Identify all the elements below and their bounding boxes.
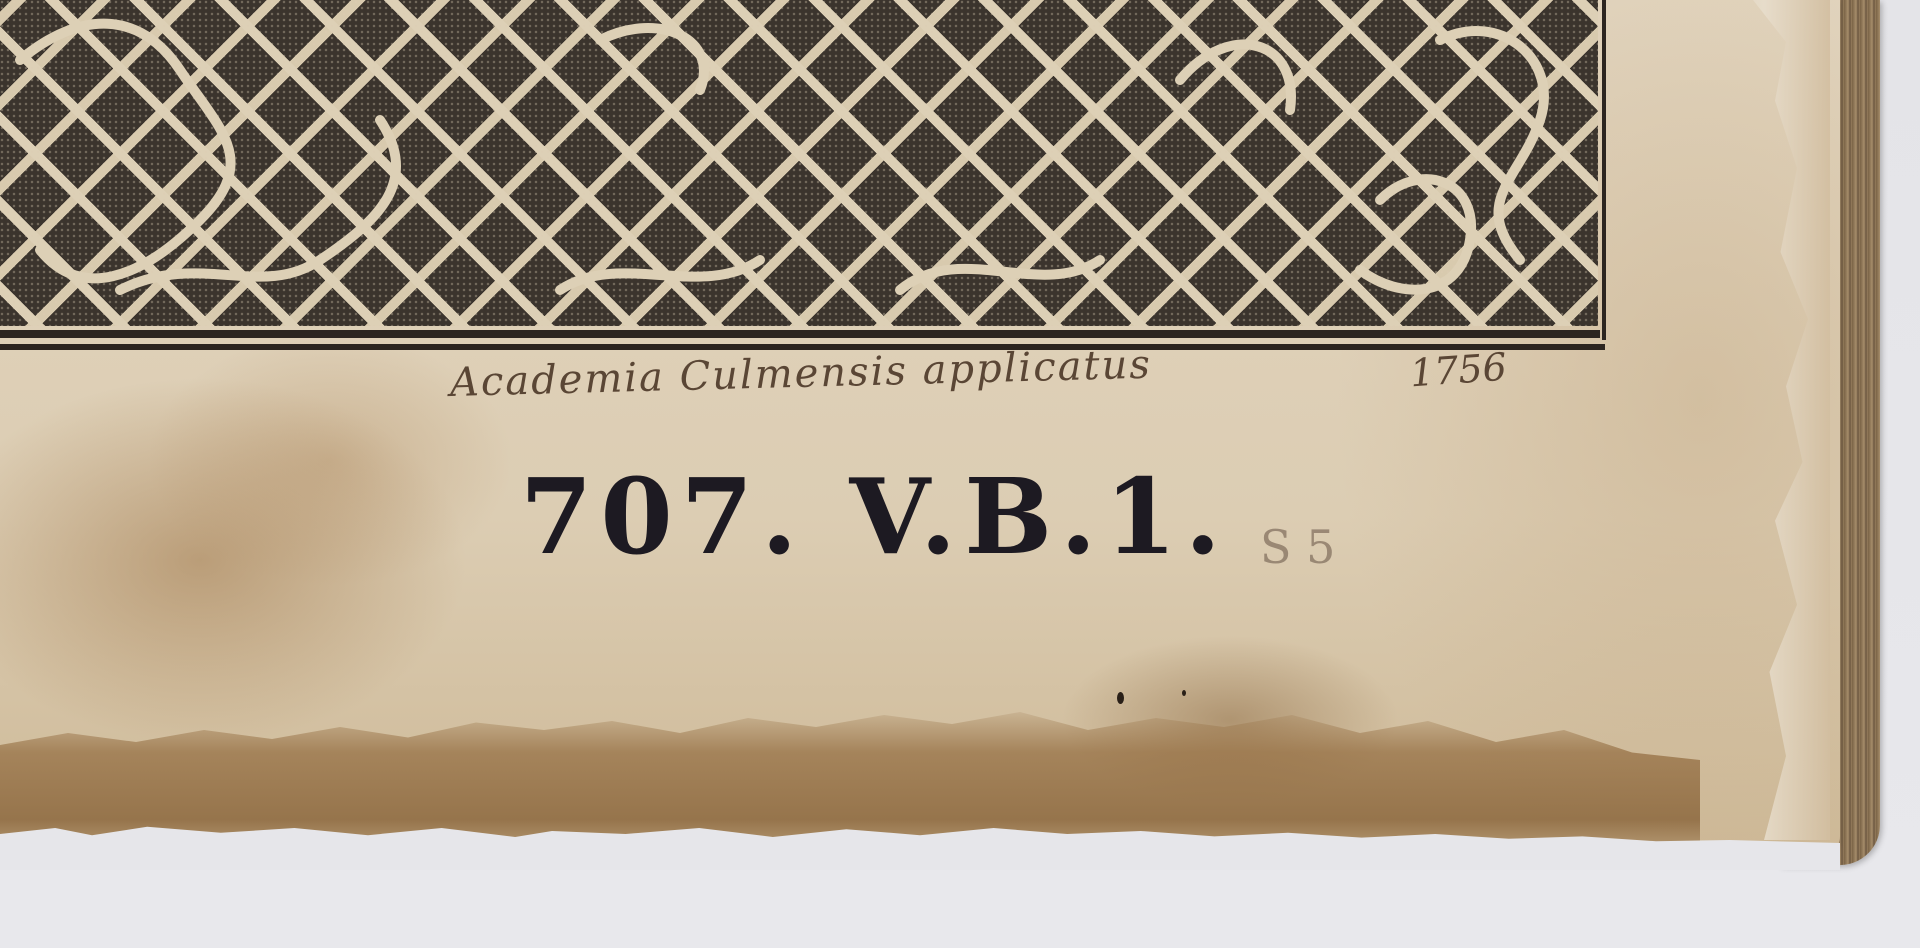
inscription-year: 1756: [1409, 345, 1509, 396]
ink-spot: [1182, 690, 1186, 696]
border-rule-right: [1602, 0, 1606, 340]
book-page: Academia Culmensis applicatus 1756 707. …: [0, 0, 1840, 860]
water-stain: [0, 700, 1700, 850]
pencil-mark: S 5: [1260, 520, 1335, 574]
knotwork-loops-icon: [0, 0, 1598, 326]
ink-spot: [1117, 692, 1124, 704]
shelfmark: 707. V.B.1.: [520, 455, 1229, 578]
torn-paper-edge: [1720, 0, 1830, 840]
border-rule-outer: [0, 344, 1605, 350]
ownership-inscription: Academia Culmensis applicatus: [449, 342, 1152, 406]
border-rule-inner: [0, 330, 1600, 338]
photo-scene: Academia Culmensis applicatus 1756 707. …: [0, 0, 1920, 948]
